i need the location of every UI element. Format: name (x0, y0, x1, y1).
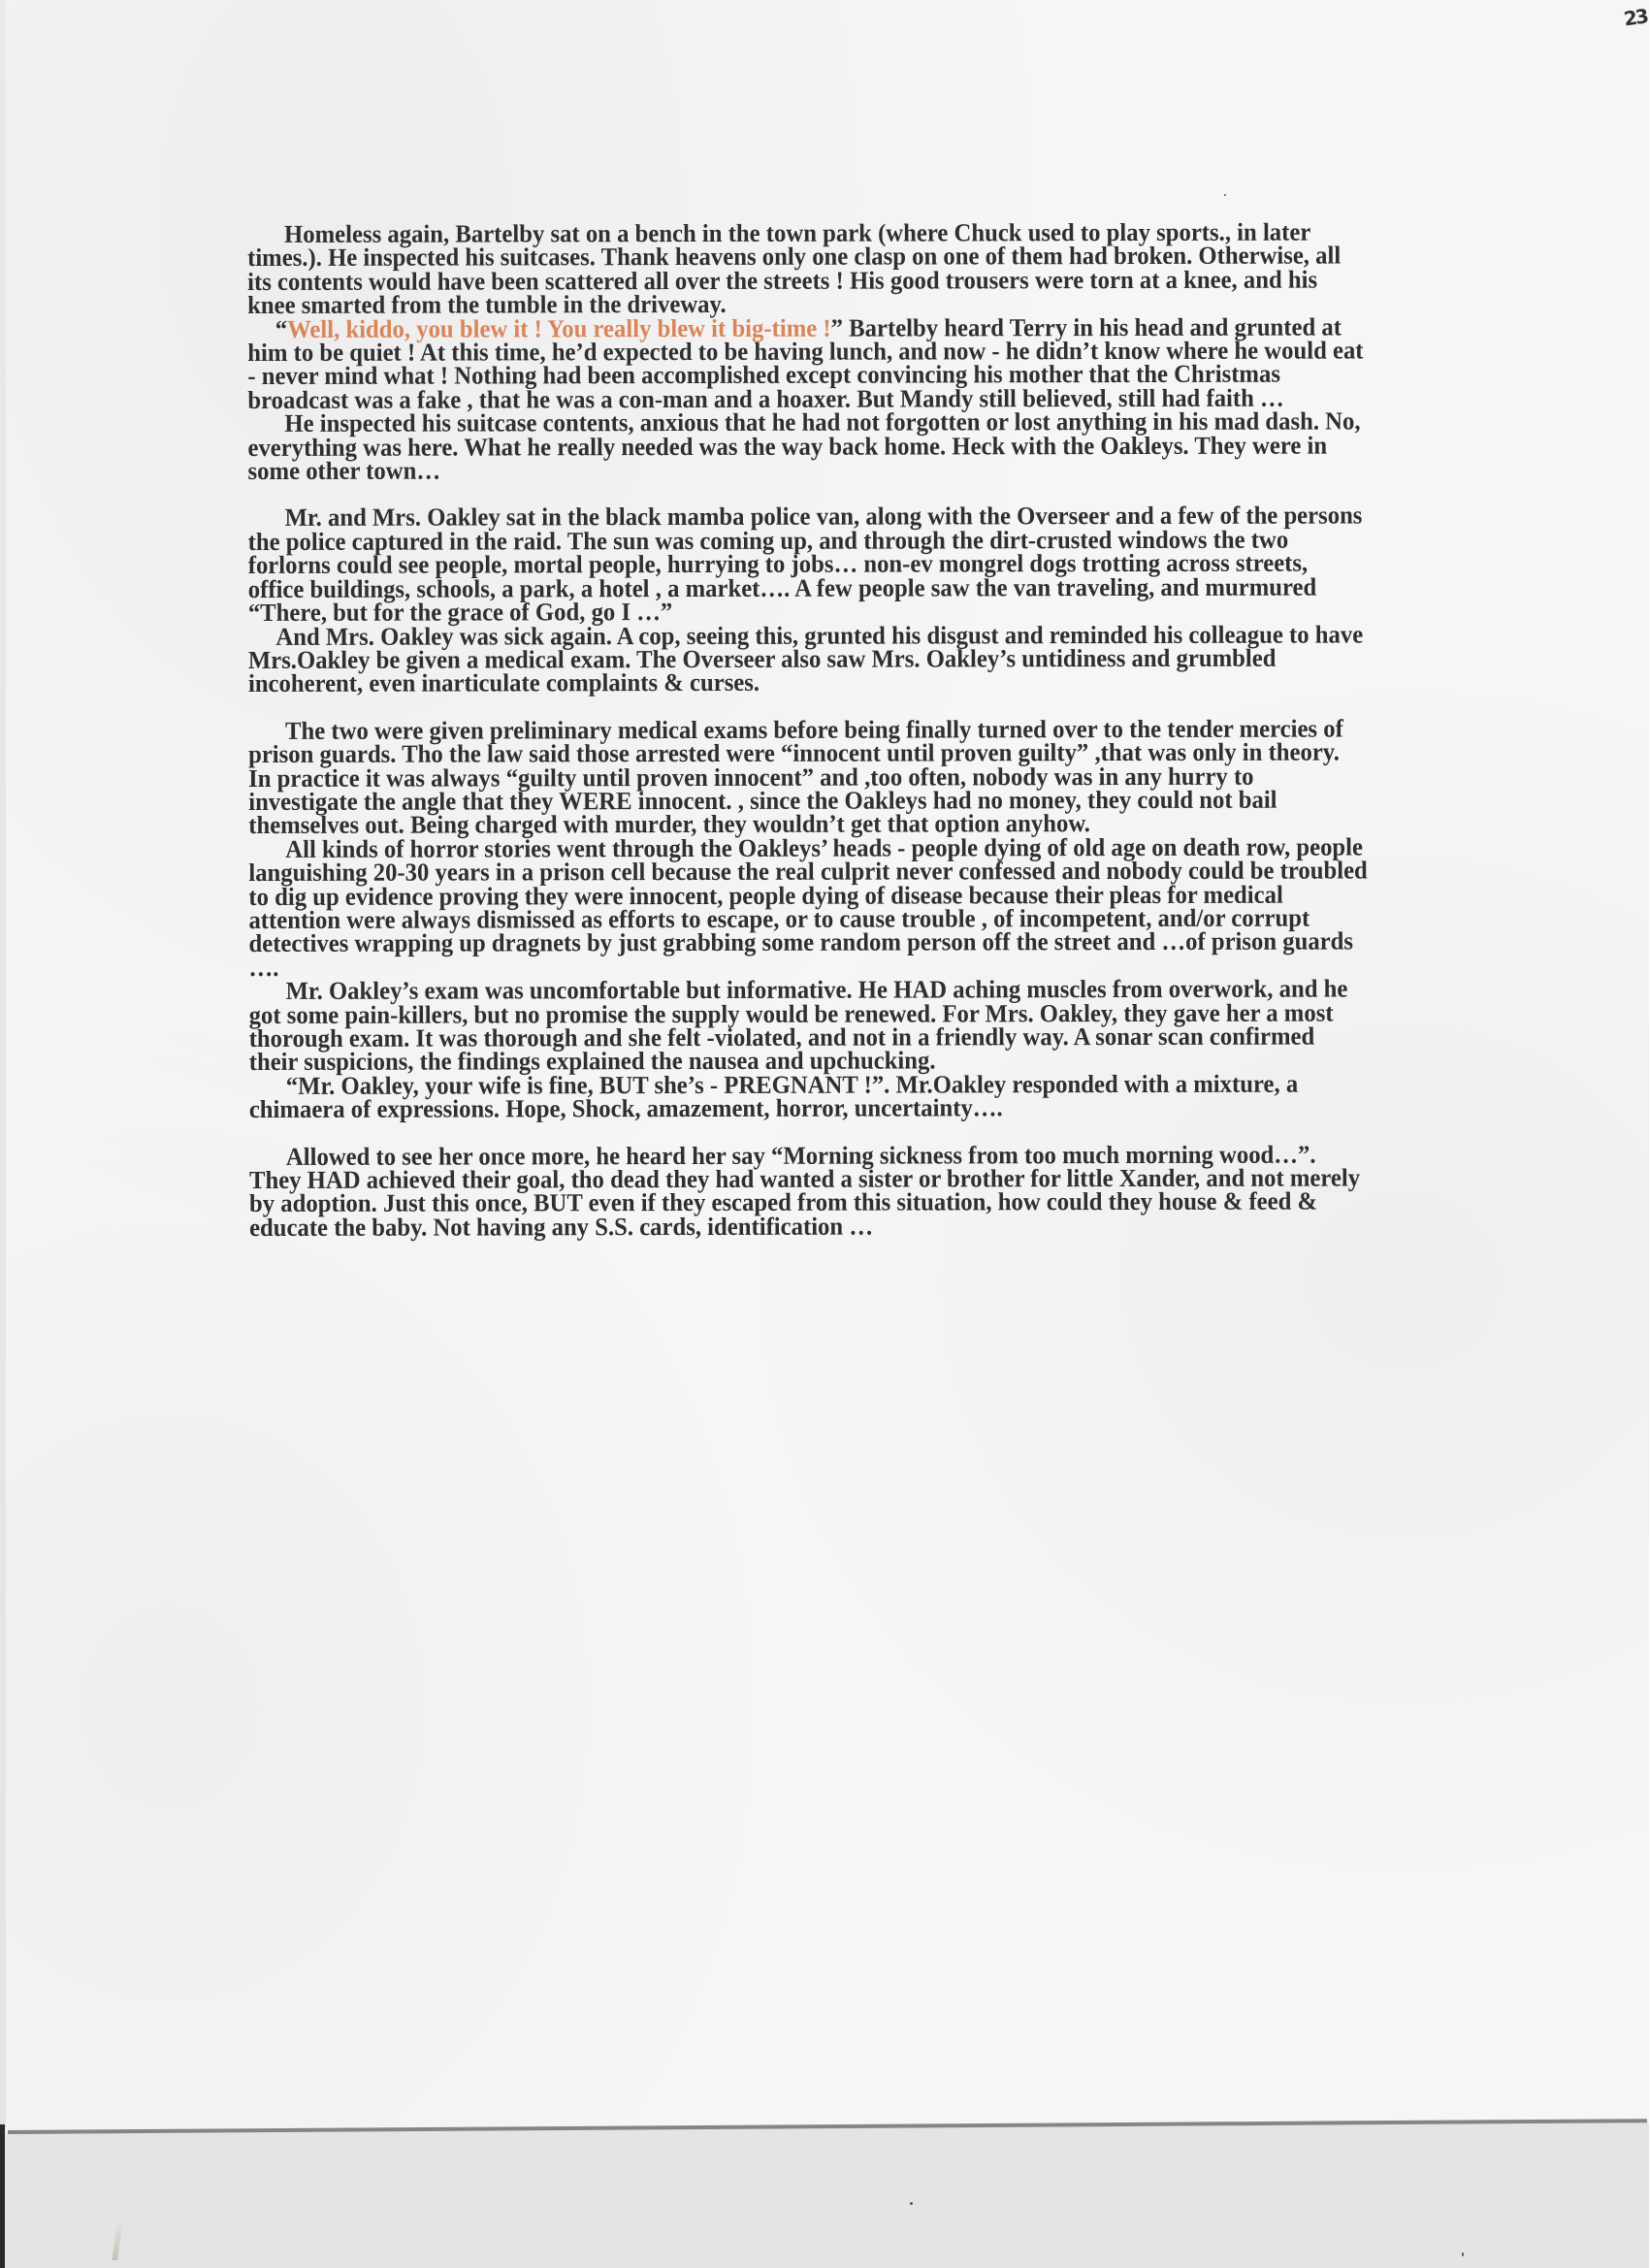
document-body: Homeless again, Bartelby sat on a bench … (247, 220, 1369, 1240)
scanner-edge (0, 2124, 5, 2268)
dust-speck (1224, 194, 1226, 196)
paragraph: He inspected his suitcase contents, anxi… (247, 410, 1367, 484)
paragraph: The two were given preliminary medical e… (248, 717, 1368, 838)
paragraph-text: Mr. and Mrs. Oakley sat in the black mam… (248, 502, 1363, 627)
paragraph: Homeless again, Bartelby sat on a bench … (247, 220, 1367, 317)
paragraph: “Mr. Oakley, your wife is fine, BUT she’… (249, 1072, 1369, 1121)
paragraph-text: All kinds of horror stories went through… (248, 832, 1368, 982)
paragraph-text: Mr. Oakley’s exam was uncomfortable but … (249, 975, 1348, 1077)
paragraph: Mr. and Mrs. Oakley sat in the black mam… (248, 504, 1368, 626)
paragraph: “Well, kiddo, you blew it ! You really b… (247, 315, 1367, 412)
dust-speck (910, 2202, 913, 2205)
paragraph-text: “Mr. Oakley, your wife is fine, BUT she’… (249, 1069, 1298, 1123)
paragraph-text: Allowed to see her once more, he heard h… (249, 1140, 1360, 1242)
paragraph: And Mrs. Oakley was sick again. A cop, s… (248, 623, 1368, 697)
paragraph: Mr. Oakley’s exam was uncomfortable but … (249, 978, 1369, 1075)
paragraph-text: The two were given preliminary medical e… (248, 714, 1343, 839)
paragraph-text: Homeless again, Bartelby sat on a bench … (247, 218, 1341, 320)
paragraph: Allowed to see her once more, he heard h… (249, 1143, 1369, 1240)
scanned-page: 23 Homeless again, Bartelby sat on a ben… (6, 0, 1649, 2134)
paragraph-text: He inspected his suitcase contents, anxi… (247, 407, 1360, 485)
page-number: 23 (1623, 4, 1649, 30)
paragraph-text: And Mrs. Oakley was sick again. A cop, s… (248, 620, 1363, 697)
paragraph: All kinds of horror stories went through… (248, 835, 1369, 980)
dust-speck (1462, 2252, 1464, 2256)
